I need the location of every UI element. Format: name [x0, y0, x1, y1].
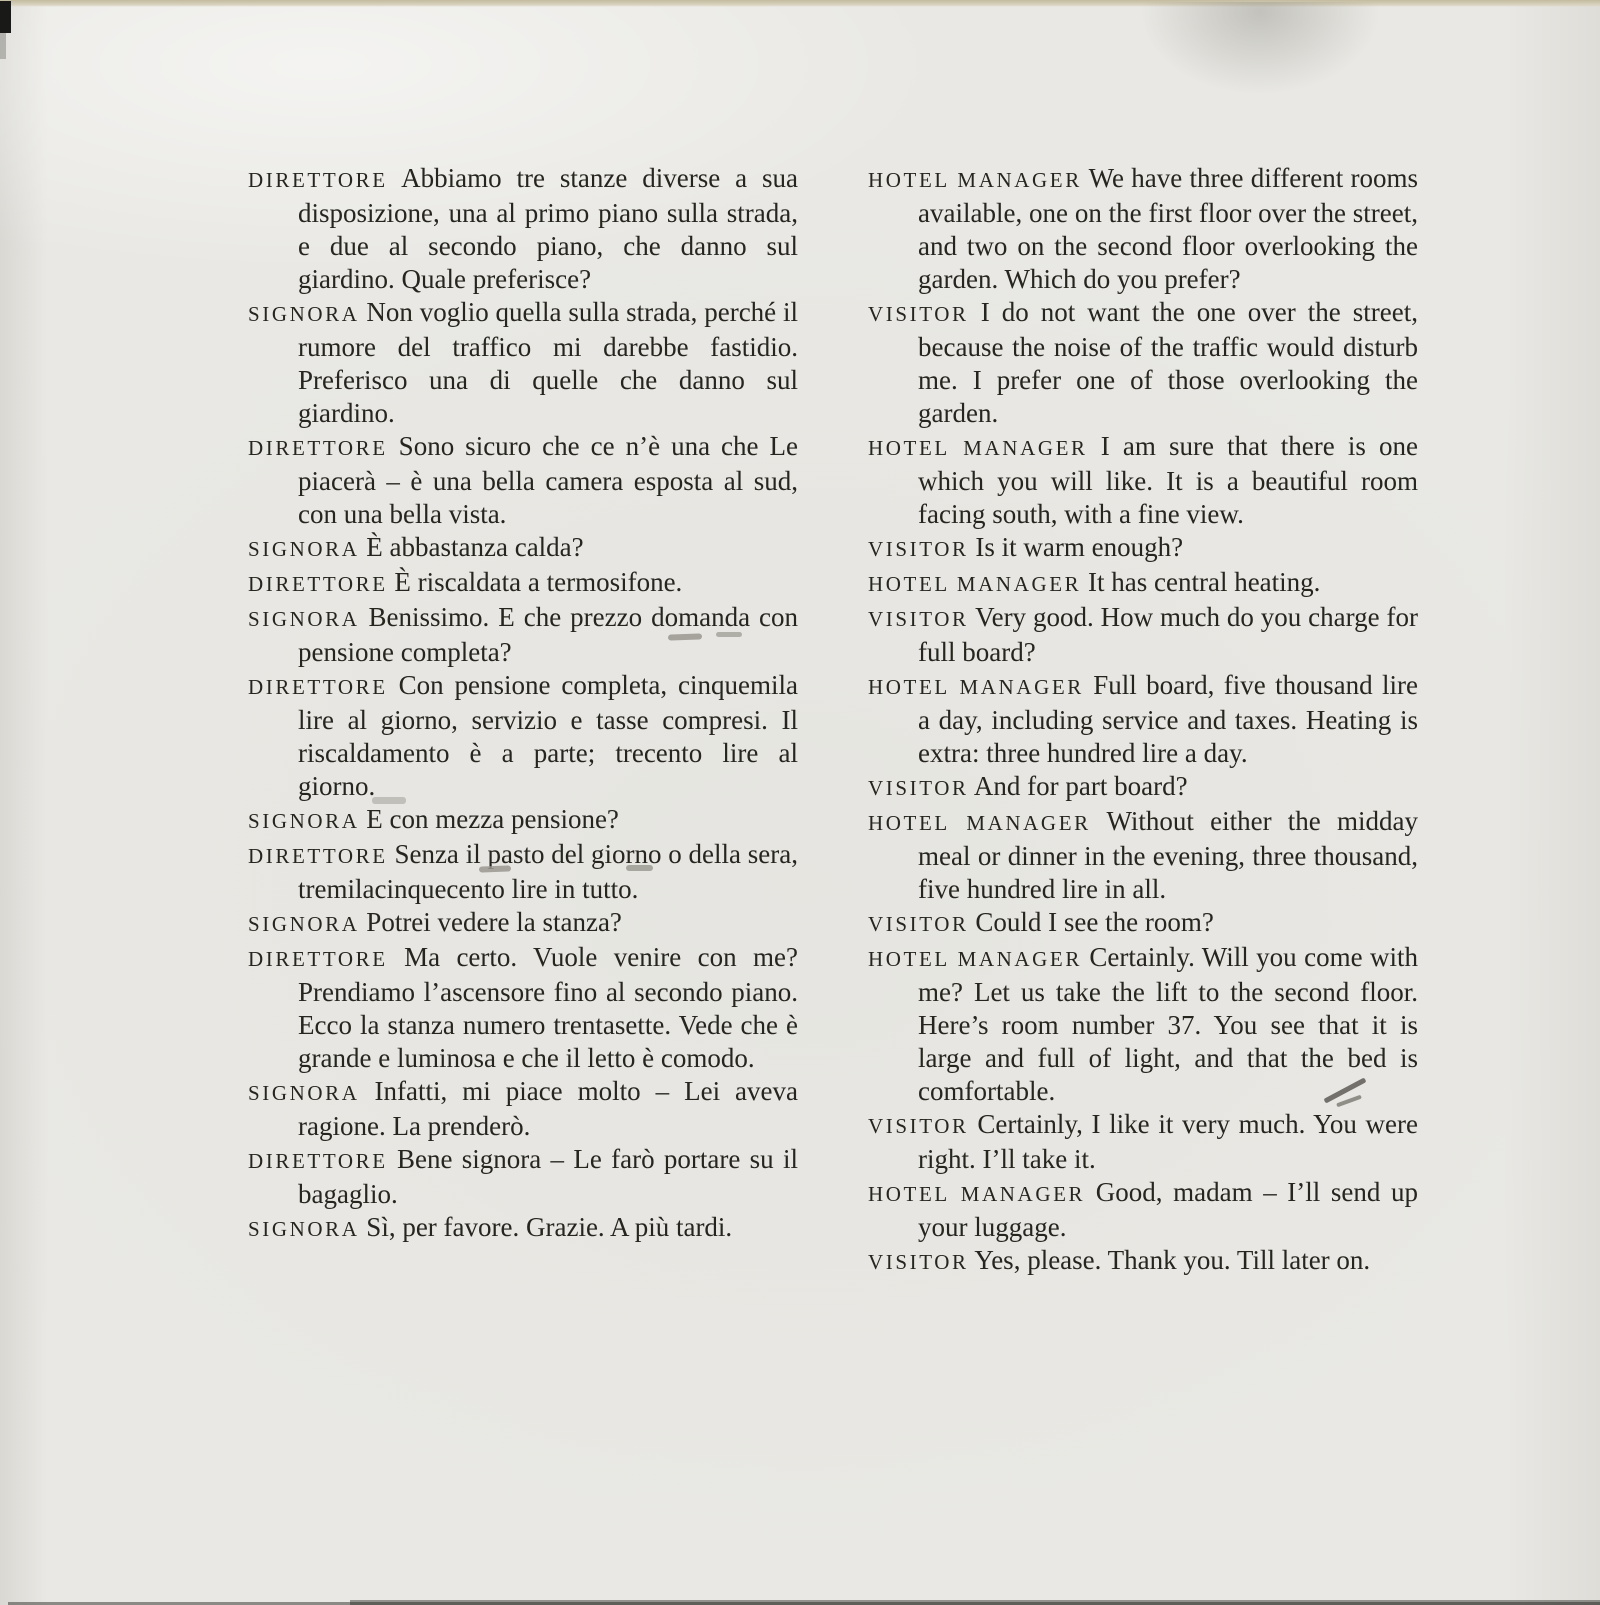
- dialogue-entry: HOTEL MANAGER Without either the mid­day…: [868, 805, 1418, 906]
- speaker-label: DIRETTORE: [248, 436, 388, 460]
- speaker-label: SIGNORA: [248, 1217, 360, 1241]
- speaker-label: SIGNORA: [248, 809, 360, 833]
- speaker-label: VISITOR: [868, 1250, 969, 1274]
- dialogue-entry: SIGNORA Infatti, mi piace molto – Lei av…: [248, 1075, 798, 1143]
- dialogue-entry: VISITOR I do not want the one over the s…: [868, 296, 1418, 430]
- dialogue-entry: VISITOR Certainly, I like it very much. …: [868, 1108, 1418, 1176]
- speaker-label: VISITOR: [868, 302, 969, 326]
- dialogue-entry: HOTEL MANAGER Certainly. Will you come w…: [868, 941, 1418, 1108]
- speaker-label: SIGNORA: [248, 1081, 360, 1105]
- speaker-label: HOTEL MANAGER: [868, 168, 1082, 192]
- speaker-label: HOTEL MANAGER: [868, 811, 1091, 835]
- dialogue-text: È abbastanza calda?: [366, 532, 583, 562]
- dialogue-entry: SIGNORA È abbastanza calda?: [248, 531, 798, 566]
- dialogue-text: Is it warm enough?: [975, 532, 1183, 562]
- scan-corner-mark: [0, 33, 6, 59]
- dialogue-text: E con mezza pensione?: [366, 804, 619, 834]
- dialogue-text: Benissimo. E che prezzo domanda con pens…: [298, 602, 798, 667]
- dialogue-entry: DIRETTORE Con pensione completa, cinquem…: [248, 669, 798, 803]
- dialogue-entry: DIRETTORE Sono sicuro che ce n’è una che…: [248, 430, 798, 531]
- dialogue-entry: HOTEL MANAGER I am sure that there is on…: [868, 430, 1418, 531]
- dialogue-entry: SIGNORA Potrei vedere la stanza?: [248, 906, 798, 941]
- dialogue-entry: DIRETTORE Abbiamo tre stanze diverse a s…: [248, 162, 798, 296]
- speaker-label: HOTEL MANAGER: [868, 1182, 1085, 1206]
- speaker-label: HOTEL MANAGER: [868, 436, 1088, 460]
- speaker-label: DIRETTORE: [248, 572, 388, 596]
- dialogue-text: Very good. How much do you charge for fu…: [918, 602, 1418, 667]
- dialogue-entry: DIRETTORE Ma certo. Vuole venire con me?…: [248, 941, 798, 1075]
- speaker-label: DIRETTORE: [248, 947, 388, 971]
- book-page: DIRETTORE Abbiamo tre stanze diverse a s…: [0, 0, 1600, 1605]
- dialogue-text: Non voglio quella sulla strada, perché i…: [298, 297, 798, 428]
- page-top-edge: [0, 0, 1600, 7]
- dialogue-entry: HOTEL MANAGER Full board, five thou­sand…: [868, 669, 1418, 770]
- speaker-label: DIRETTORE: [248, 844, 388, 868]
- speaker-label: HOTEL MANAGER: [868, 675, 1084, 699]
- dialogue-entry: VISITOR Is it warm enough?: [868, 531, 1418, 566]
- dialogue-entry: VISITOR Could I see the room?: [868, 906, 1418, 941]
- italian-dialogue-column: DIRETTORE Abbiamo tre stanze diverse a s…: [248, 162, 798, 1246]
- dialogue-text: Sì, per favore. Grazie. A più tardi.: [366, 1212, 732, 1242]
- scan-corner-mark: [0, 1, 11, 33]
- english-dialogue-column: HOTEL MANAGER We have three different ro…: [868, 162, 1418, 1279]
- speaker-label: SIGNORA: [248, 607, 360, 631]
- dialogue-entry: HOTEL MANAGER It has central heating.: [868, 566, 1418, 601]
- dialogue-entry: SIGNORA Non voglio quella sulla strada, …: [248, 296, 798, 430]
- page-bottom-edge: [350, 1600, 1600, 1605]
- speaker-label: DIRETTORE: [248, 168, 388, 192]
- dialogue-text: And for part board?: [974, 771, 1188, 801]
- dialogue-entry: DIRETTORE È riscaldata a termosifone.: [248, 566, 798, 601]
- dialogue-text: Could I see the room?: [975, 907, 1213, 937]
- speaker-label: VISITOR: [868, 1114, 969, 1138]
- dialogue-entry: SIGNORA Benissimo. E che prezzo domanda …: [248, 601, 798, 669]
- dialogue-entry: DIRETTORE Senza il pasto del giorno o de…: [248, 838, 798, 906]
- dialogue-entry: HOTEL MANAGER We have three different ro…: [868, 162, 1418, 296]
- dialogue-entry: DIRETTORE Bene signora – Le farò portare…: [248, 1143, 798, 1211]
- speaker-label: VISITOR: [868, 607, 969, 631]
- dialogue-text: Certainly, I like it very much. You were…: [918, 1109, 1418, 1174]
- speaker-label: HOTEL MANAGER: [868, 947, 1082, 971]
- dialogue-text: It has central heating.: [1088, 567, 1320, 597]
- speaker-label: VISITOR: [868, 912, 969, 936]
- speaker-label: VISITOR: [868, 776, 969, 800]
- speaker-label: DIRETTORE: [248, 675, 388, 699]
- speaker-label: HOTEL MANAGER: [868, 572, 1081, 596]
- dialogue-entry: VISITOR Yes, please. Thank you. Till lat…: [868, 1244, 1418, 1279]
- dialogue-entry: SIGNORA Sì, per favore. Grazie. A più ta…: [248, 1211, 798, 1246]
- dialogue-entry: SIGNORA E con mezza pensione?: [248, 803, 798, 838]
- dialogue-text: È riscaldata a termosifone.: [394, 567, 682, 597]
- speaker-label: VISITOR: [868, 537, 969, 561]
- speaker-label: SIGNORA: [248, 912, 360, 936]
- speaker-label: SIGNORA: [248, 302, 360, 326]
- dialogue-entry: VISITOR Very good. How much do you charg…: [868, 601, 1418, 669]
- dialogue-text: I do not want the one over the street, b…: [918, 297, 1418, 428]
- speaker-label: DIRETTORE: [248, 1149, 388, 1173]
- dialogue-entry: VISITOR And for part board?: [868, 770, 1418, 805]
- dialogue-text: Infatti, mi piace molto – Lei aveva ragi…: [298, 1076, 798, 1141]
- dialogue-text: Potrei vedere la stanza?: [366, 907, 622, 937]
- speaker-label: SIGNORA: [248, 537, 360, 561]
- dialogue-entry: HOTEL MANAGER Good, madam – I’ll send up…: [868, 1176, 1418, 1244]
- paper-smudge: [1130, 2, 1390, 102]
- dialogue-text: Yes, please. Thank you. Till later on.: [974, 1245, 1370, 1275]
